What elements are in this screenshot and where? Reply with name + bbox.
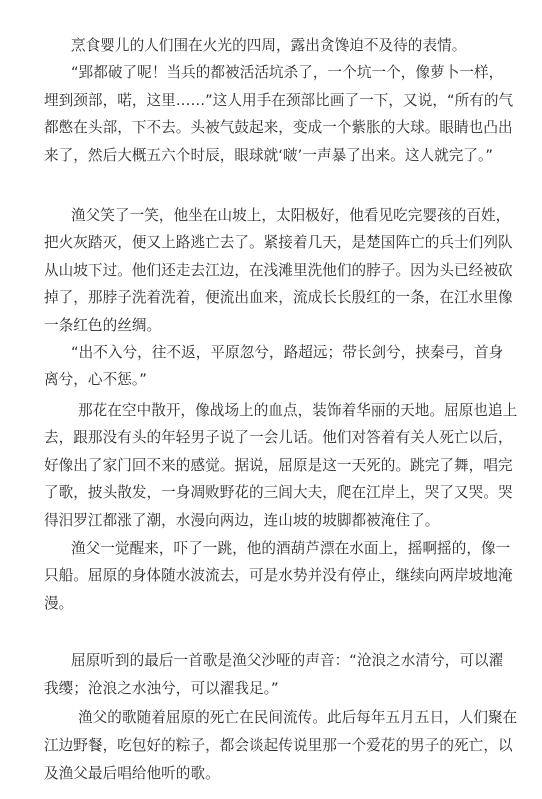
text-line: 埋到颈部，喏，这里……”这人用手在颈部比画了一下，又说，“所有的气 — [44, 91, 476, 111]
text-line: 了歌，披头散发，一身凋败野花的三闾大夫，爬在江岸上，哭了又哭。哭 — [44, 483, 476, 503]
text-line: 把火灰踏灭，便又上路逃亡去了。紧接着几天，是楚国阵亡的兵士们列队 — [44, 233, 476, 253]
text-line: 掉了，那脖子洗着洗着，便流出血来，流成长长殷红的一条，在江水里像 — [44, 288, 476, 308]
text-line: 那花在空中散开，像战场上的血点，装饰着华丽的天地。屈原也追上 — [78, 401, 510, 421]
text-line: “郢都破了呢！当兵的都被活活坑杀了，一个坑一个，像萝卜一样， — [71, 63, 503, 83]
text-line: 从山坡下过。他们还走去江边，在浅滩里洗他们的脖子。因为头已经被砍 — [44, 261, 476, 281]
text-line: 离兮，心不惩。” — [44, 370, 476, 390]
text-line: 漫。 — [44, 594, 476, 614]
text-line: “出不入兮，往不返，平原忽兮，路超远；带长剑兮，挟秦弓，首身 — [71, 343, 503, 363]
text-line: 一条红色的丝绸。 — [44, 316, 476, 336]
text-line: 好像出了家门回不来的感觉。据说，屈原是这一天死的。跳完了舞，唱完 — [44, 456, 476, 476]
text-line: 得汨罗江都涨了潮，水漫向两边，连山坡的坡脚都被淹住了。 — [44, 511, 476, 531]
text-line: 我缨；沧浪之水浊兮，可以濯我足。” — [44, 679, 476, 699]
text-line: 江边野餐，吃包好的粽子，都会谈起传说里那一个爱花的男子的死亡，以 — [44, 736, 476, 756]
text-line: 来了，然后大概五六个时辰，眼球就‘啵’一声暴了出来。这人就完了。” — [44, 146, 476, 166]
text-line: 屈原听到的最后一首歌是渔父沙哑的声音：“沧浪之水清兮，可以濯 — [71, 651, 503, 671]
text-line: 只船。屈原的身体随水波流去，可是水势并没有停止，继续向两岸坡地淹 — [44, 566, 476, 586]
text-line: 渔父的歌随着屈原的死亡在民间流传。此后每年五月五日，人们聚在 — [78, 708, 510, 728]
text-line: 渔父一觉醒来，吓了一跳，他的酒葫芦漂在水面上，摇啊摇的，像一 — [71, 539, 503, 559]
text-line: 烹食婴儿的人们围在火光的四周，露出贪馋迫不及待的表情。 — [71, 36, 503, 56]
text-line: 都憋在头部，下不去。头被气鼓起来，变成一个紫胀的大球。眼睛也凸出 — [44, 118, 476, 138]
text-line: 渔父笑了一笑，他坐在山坡上，太阳极好，他看见吃完婴孩的百姓， — [71, 206, 503, 226]
text-line: 去，跟那没有头的年轻男子说了一会儿话。他们对答着有关人死亡以后， — [44, 428, 476, 448]
text-line: 及渔父最后唱给他听的歌。 — [44, 764, 476, 784]
